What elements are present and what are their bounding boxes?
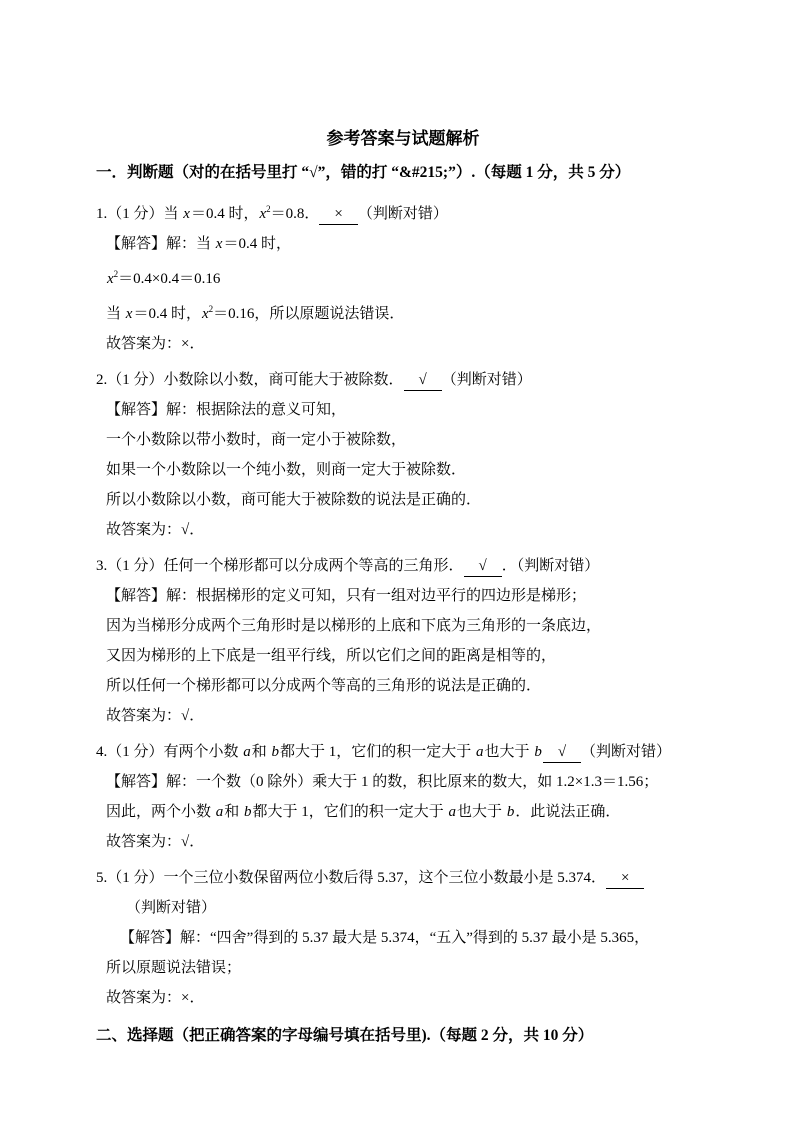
body-line: 所以任何一个梯形都可以分成两个等高的三角形的说法是正确的． — [96, 671, 710, 701]
text-run: 4.（1 分）有两个小数 — [96, 744, 242, 760]
answer-blank: √ — [404, 371, 442, 391]
text-run: 【解答】解：根据除法的意义可知， — [106, 402, 346, 418]
answer-blank: √ — [543, 743, 581, 763]
text-run: 和 — [252, 744, 271, 760]
text-run: 一．判断题（对的在括号里打 “√”，错的打 “&#215;”）.（每题 1 分，… — [96, 164, 630, 181]
text-run: 故答案为：√． — [106, 522, 204, 538]
question-line: 2.（1 分）小数除以小数，商可能大于被除数． √ （判断对错） — [96, 365, 710, 395]
question-line: 1.（1 分）当 x＝0.4 时，x2＝0.8． × （判断对错） — [96, 194, 710, 229]
text-run: 1.（1 分）当 — [96, 206, 182, 222]
body-line: 因为当梯形分成两个三角形时是以梯形的上底和下底为三角形的一条底边， — [96, 611, 710, 641]
text-run: （判断对错） — [581, 744, 671, 760]
body-line: 【解答】解：根据梯形的定义可知，只有一组对边平行的四边形是梯形； — [96, 581, 710, 611]
math-variable: a — [215, 804, 225, 820]
text-run: 也大于 — [485, 744, 534, 760]
math-variable: a — [448, 804, 458, 820]
body-line: 故答案为：√． — [96, 515, 710, 545]
text-run: ＝0.8． — [271, 206, 320, 222]
text-run: 因此，两个小数 — [106, 804, 215, 820]
text-run: 如果一个小数除以一个纯小数，则商一定大于被除数． — [106, 462, 466, 478]
text-run: 故答案为：×． — [106, 990, 204, 1006]
body-line: 【解答】解：根据除法的意义可知， — [96, 395, 710, 425]
document-body: 一．判断题（对的在括号里打 “√”，错的打 “&#215;”）.（每题 1 分，… — [96, 158, 710, 1051]
text-run: ＝0.4 时， — [223, 236, 291, 252]
document-page: 参考答案与试题解析 一．判断题（对的在括号里打 “√”，错的打 “&#215;”… — [0, 0, 794, 1123]
math-variable: a — [242, 744, 252, 760]
body-line: 所以原题说法错误； — [96, 953, 710, 983]
text-run: ＝0.16，所以原题说法错误． — [213, 306, 404, 322]
math-variable: x — [182, 206, 191, 222]
math-variable: a — [475, 744, 485, 760]
text-run: 二、选择题（把正确答案的字母编号填在括号里).（每题 2 分，共 10 分） — [96, 1027, 593, 1044]
text-run: 【解答】解：当 — [106, 236, 215, 252]
text-run: 所以原题说法错误； — [106, 960, 241, 976]
question-line: 4.（1 分）有两个小数 a和 b都大于 1，它们的积一定大于 a也大于 b √… — [96, 737, 710, 767]
text-run: （判断对错） — [126, 900, 216, 916]
answer-blank: √ — [464, 557, 502, 577]
body-line: 故答案为：×． — [96, 329, 710, 359]
section-heading: 一．判断题（对的在括号里打 “√”，错的打 “&#215;”）.（每题 1 分，… — [96, 158, 710, 188]
text-run: 故答案为：√． — [106, 834, 204, 850]
text-run: 因为当梯形分成两个三角形时是以梯形的上底和下底为三角形的一条底边， — [106, 618, 601, 634]
text-run: 3.（1 分）任何一个梯形都可以分成两个等高的三角形． — [96, 558, 464, 574]
body-line: 【解答】解：当 x＝0.4 时， — [96, 229, 710, 259]
math-variable: b — [243, 804, 253, 820]
math-variable: b — [533, 744, 543, 760]
text-run: 所以小数除以小数，商可能大于被除数的说法是正确的． — [106, 492, 481, 508]
text-run: ＝0.4×0.4＝0.16 — [118, 271, 220, 287]
body-line: 故答案为：×． — [96, 983, 710, 1013]
question-line: 3.（1 分）任何一个梯形都可以分成两个等高的三角形． √ ．（判断对错） — [96, 551, 710, 581]
body-line: 如果一个小数除以一个纯小数，则商一定大于被除数． — [96, 455, 710, 485]
text-run: （判断对错） — [442, 372, 532, 388]
body-line: 因此，两个小数 a和 b都大于 1，它们的积一定大于 a也大于 b．此说法正确． — [96, 797, 710, 827]
answer-blank: × — [606, 869, 644, 889]
text-run: 【解答】解：根据梯形的定义可知，只有一组对边平行的四边形是梯形； — [106, 588, 586, 604]
text-run: 都大于 1，它们的积一定大于 — [253, 804, 448, 820]
text-run: 当 — [106, 306, 125, 322]
text-run: 和 — [224, 804, 243, 820]
body-line: （判断对错） — [96, 893, 710, 923]
body-line: 当 x＝0.4 时，x2＝0.16，所以原题说法错误． — [96, 294, 710, 329]
body-line: 又因为梯形的上下底是一组平行线，所以它们之间的距离是相等的， — [96, 641, 710, 671]
body-line: 故答案为：√． — [96, 827, 710, 857]
body-line: 【解答】解：一个数（0 除外）乘大于 1 的数，积比原来的数大，如 1.2×1.… — [96, 767, 710, 797]
text-run: 【解答】解：“四舍”得到的 5.37 最大是 5.374，“五入”得到的 5.3… — [120, 930, 649, 946]
question-line: 5.（1 分）一个三位小数保留两位小数后得 5.37，这个三位小数最小是 5.3… — [96, 863, 710, 893]
text-run: 又因为梯形的上下底是一组平行线，所以它们之间的距离是相等的， — [106, 648, 556, 664]
text-run: ．此说法正确． — [515, 804, 620, 820]
body-line: 【解答】解：“四舍”得到的 5.37 最大是 5.374，“五入”得到的 5.3… — [96, 923, 710, 953]
text-run: ＝0.4 时， — [133, 306, 201, 322]
body-line: 一个小数除以带小数时，商一定小于被除数， — [96, 425, 710, 455]
body-line: x2＝0.4×0.4＝0.16 — [96, 259, 710, 294]
document-viewport: { "colors": { "text": "#000000", "backgr… — [0, 0, 794, 1123]
text-run: 故答案为：√． — [106, 708, 204, 724]
text-run: 2.（1 分）小数除以小数，商可能大于被除数． — [96, 372, 404, 388]
text-run: （判断对错） — [358, 206, 448, 222]
text-run: 也大于 — [457, 804, 506, 820]
section-heading: 二、选择题（把正确答案的字母编号填在括号里).（每题 2 分，共 10 分） — [96, 1021, 710, 1051]
doc-title: 参考答案与试题解析 — [96, 122, 710, 156]
text-run: ．（判断对错） — [502, 558, 600, 574]
math-variable: b — [271, 744, 281, 760]
answer-blank: × — [319, 205, 357, 225]
text-run: 一个小数除以带小数时，商一定小于被除数， — [106, 432, 406, 448]
body-line: 故答案为：√． — [96, 701, 710, 731]
text-run: 5.（1 分）一个三位小数保留两位小数后得 5.37，这个三位小数最小是 5.3… — [96, 870, 606, 886]
text-run: 故答案为：×． — [106, 336, 204, 352]
text-run: 所以任何一个梯形都可以分成两个等高的三角形的说法是正确的． — [106, 678, 541, 694]
math-variable: b — [506, 804, 516, 820]
text-run: 都大于 1，它们的积一定大于 — [280, 744, 475, 760]
text-run: ＝0.4 时， — [191, 206, 259, 222]
text-run: 【解答】解：一个数（0 除外）乘大于 1 的数，积比原来的数大，如 1.2×1.… — [106, 774, 658, 790]
body-line: 所以小数除以小数，商可能大于被除数的说法是正确的． — [96, 485, 710, 515]
